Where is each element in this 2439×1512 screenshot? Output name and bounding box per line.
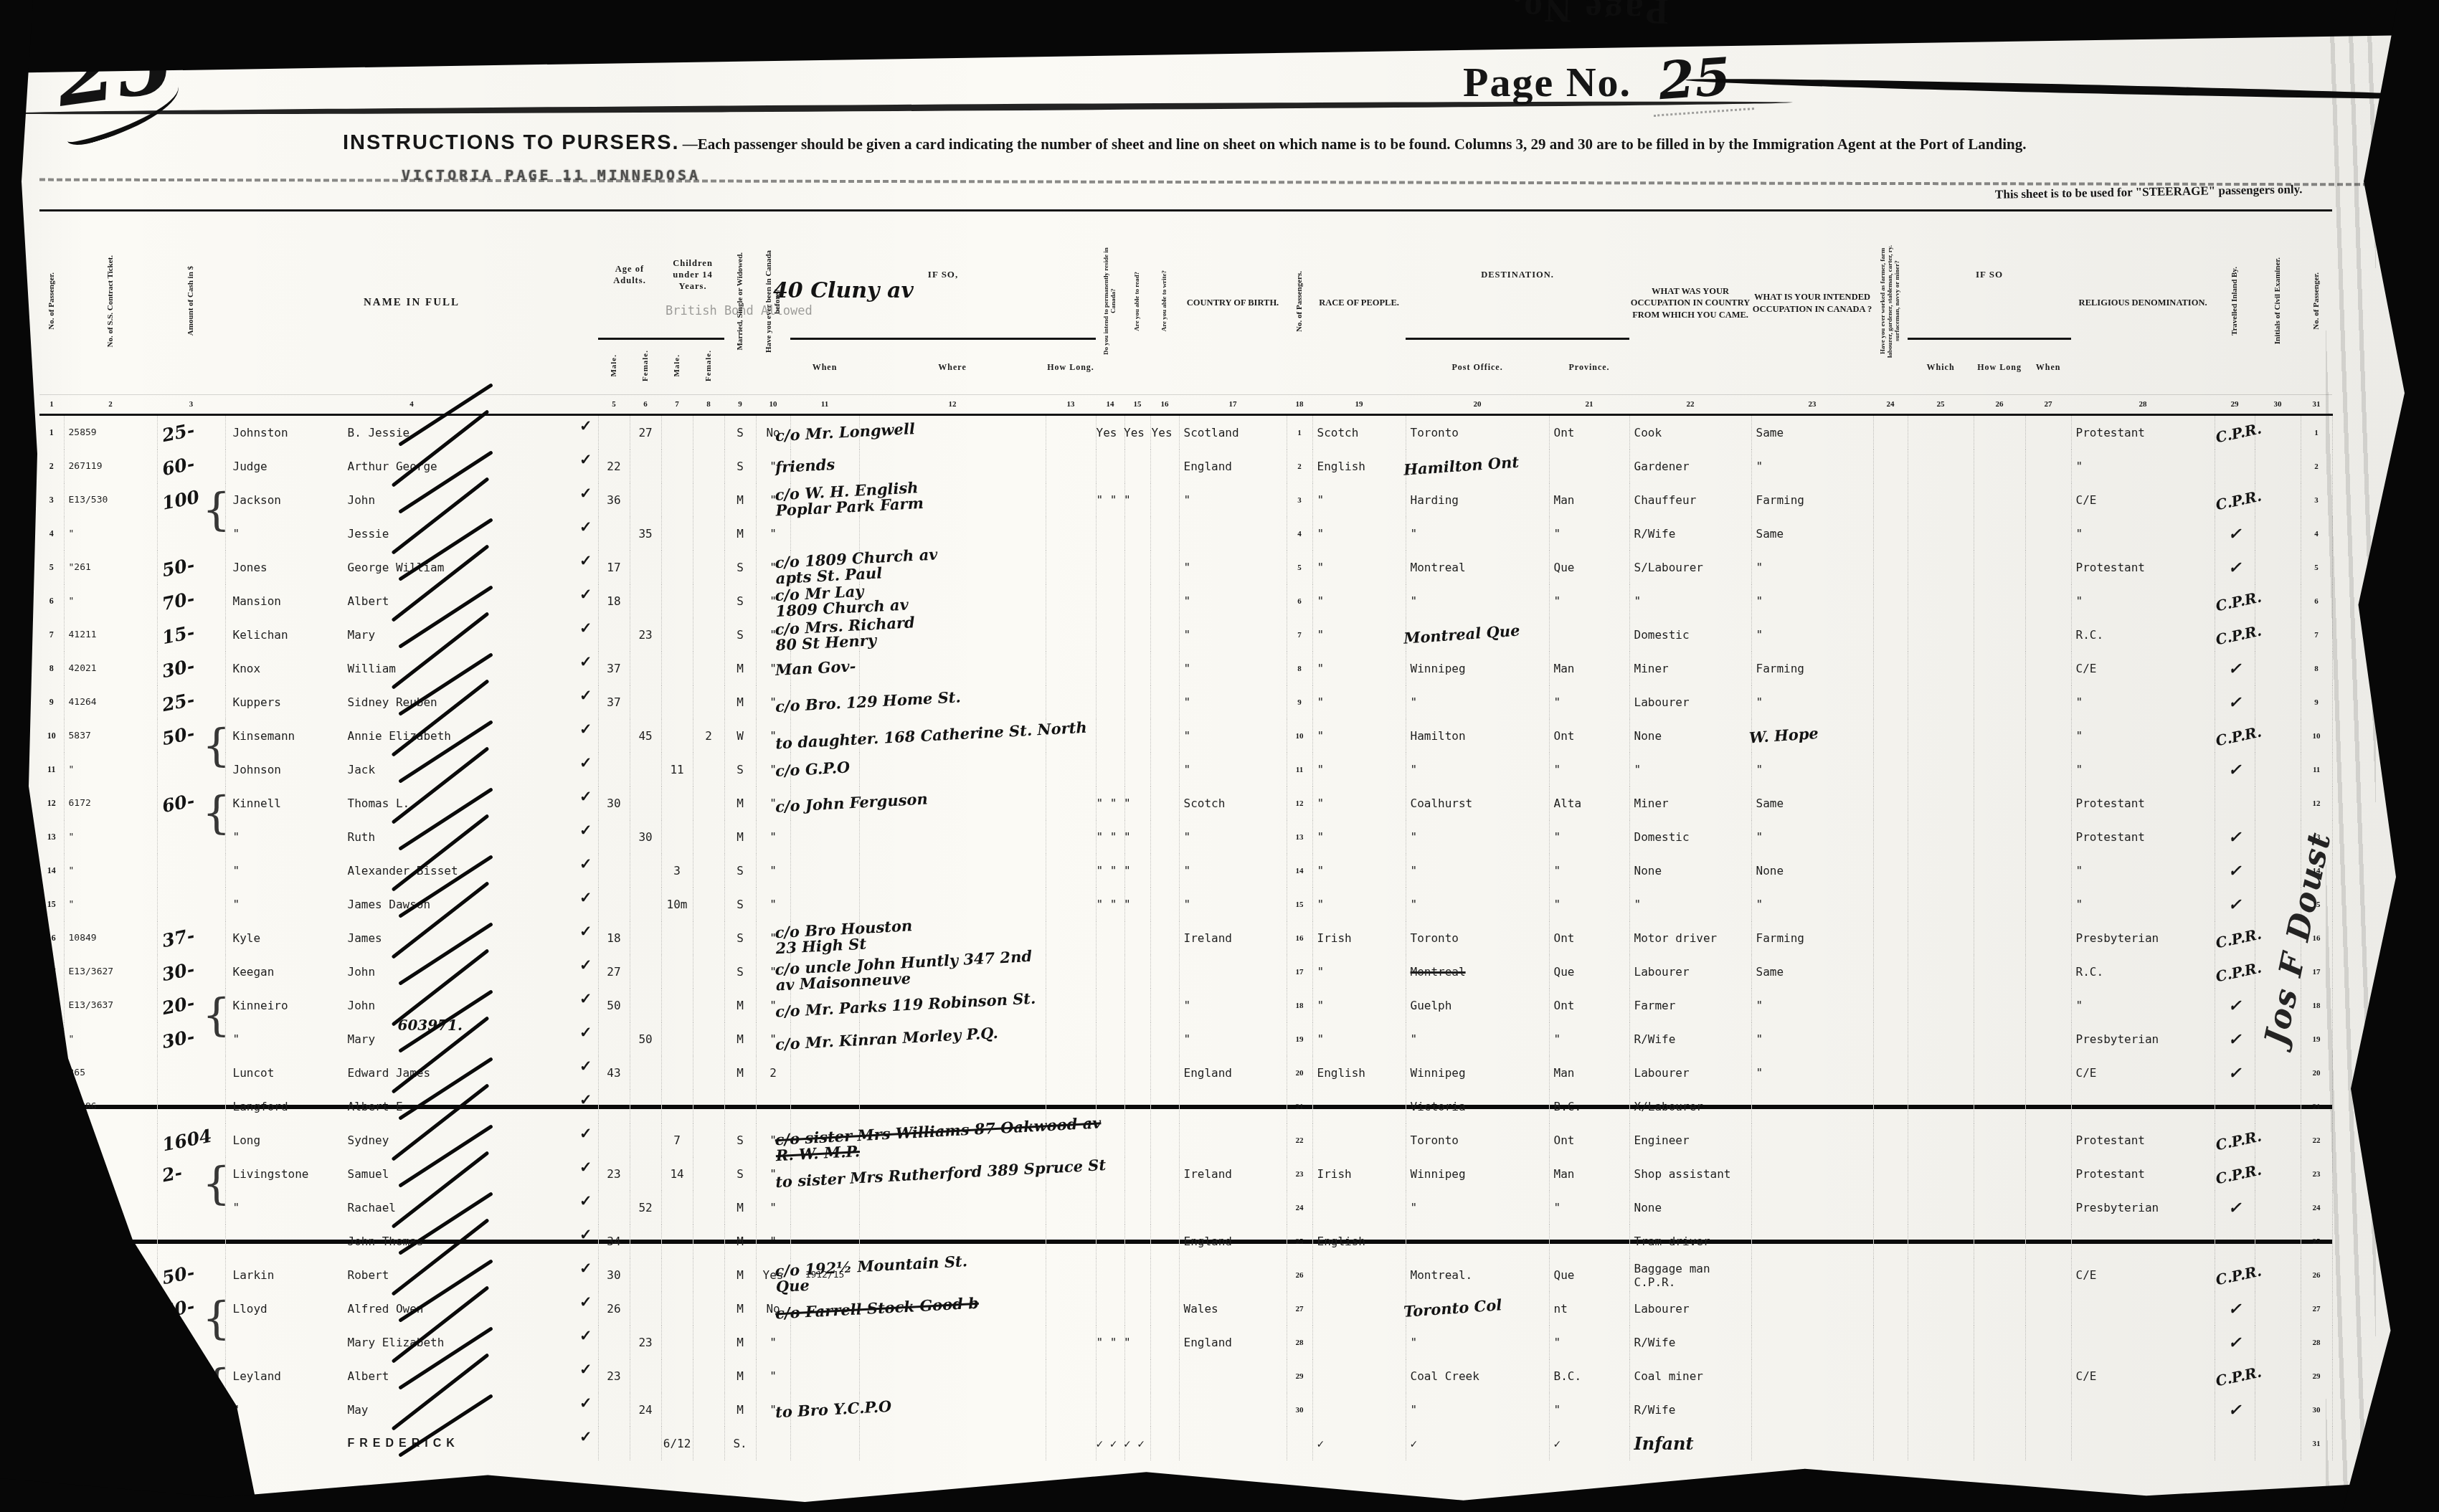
- cell-destination-province: B.C.: [1549, 1090, 1629, 1123]
- cell-passenger-count-no: 12: [1287, 786, 1312, 820]
- cell-cash: 100{: [157, 483, 225, 517]
- cell-cash: 60-{: [157, 786, 225, 820]
- cell-age-child-male: 14: [661, 1157, 693, 1191]
- cell-age-child-female: 2: [693, 719, 724, 753]
- cell-read-write: [1096, 1022, 1124, 1056]
- cell-age-child-female: [693, 1191, 724, 1225]
- cell-ticket-no: ": [64, 854, 157, 888]
- cell-destination-post-office: ": [1406, 685, 1549, 719]
- cell-country-of-birth: England: [1179, 1056, 1287, 1090]
- cell-name: KeeganJohn✓: [225, 955, 598, 989]
- cell-age-adult-male: 18: [598, 921, 630, 955]
- column-number: 25: [1908, 395, 1974, 415]
- cell-country-of-birth: [1179, 517, 1287, 551]
- cell-destination-province: Man: [1549, 1056, 1629, 1090]
- cell-age-child-female: [693, 685, 724, 719]
- cell-destination-province: Ont: [1549, 989, 1629, 1022]
- cell-intended-occupation: [1751, 1326, 1873, 1359]
- cell-age-child-female: [693, 1292, 724, 1326]
- cell-where: [859, 1326, 1046, 1359]
- cell-how-long-2: [1974, 921, 2025, 955]
- cell-name: KnoxWilliam✓: [225, 652, 598, 685]
- cell-read-write: " " ": [1096, 820, 1124, 854]
- cell-name: LloydAlfred Owen✓: [225, 1292, 598, 1326]
- cell-country-of-birth: [1179, 1359, 1287, 1393]
- cell-how-long: [1046, 685, 1096, 719]
- cell-intended-occupation: ": [1751, 820, 1873, 854]
- check-mark: ✓: [2228, 1030, 2241, 1048]
- cell-ticket-no: 5837: [64, 719, 157, 753]
- cell-passenger-count-no: 13: [1287, 820, 1312, 854]
- cell-race: ✓: [1312, 1427, 1406, 1460]
- cell-which: [1908, 1292, 1974, 1326]
- cell-marital-status: M: [724, 1022, 756, 1056]
- cell-cash: 30-: [157, 1022, 225, 1056]
- cell-age-child-male: [661, 786, 693, 820]
- passenger-row: FREDERICK✓6/12S.✓ ✓ ✓ ✓✓✓✓Infant31: [39, 1427, 2332, 1460]
- cell-age-adult-female: [630, 921, 661, 955]
- cell-how-long-2: [1974, 1292, 2025, 1326]
- header-country-of-birth: COUNTRY OF BIRTH.: [1179, 211, 1287, 395]
- cell-able-write: [1150, 584, 1179, 618]
- cell-destination-province: Que: [1549, 551, 1629, 584]
- cell-passenger-count-no: 27: [1287, 1292, 1312, 1326]
- cell-age-adult-male: 23: [598, 1157, 630, 1191]
- cell-able-write: [1150, 854, 1179, 888]
- cell-passenger-count-no: 24: [1287, 1191, 1312, 1225]
- cell-destination-post-office: Coalhurst: [1406, 786, 1549, 820]
- header-cash: Amount of Cash in $: [157, 211, 225, 395]
- cell-intended-occupation: ": [1751, 888, 1873, 921]
- torn-edge-top: [0, 0, 2439, 73]
- cell-name: John Thomas✓: [225, 1225, 598, 1258]
- cell-able-write: [1150, 415, 1179, 450]
- check-mark: ✓: [579, 956, 592, 974]
- cell-age-child-female: [693, 1056, 724, 1090]
- cell-able-read: [1124, 483, 1150, 517]
- cell-age-child-male: [661, 1022, 693, 1056]
- cell-travelled-inland: ✓: [2215, 1326, 2255, 1359]
- cell-read-write: [1096, 719, 1124, 753]
- cell-destination-post-office: Montreal: [1406, 551, 1549, 584]
- cell-country-of-birth: ": [1179, 820, 1287, 854]
- cell-farm-work: [1873, 955, 1908, 989]
- cell-marital-status: M: [724, 1393, 756, 1427]
- cell-examiner-initials: [2255, 1359, 2301, 1393]
- cell-read-write: [1096, 685, 1124, 719]
- check-mark: ✓: [2228, 761, 2241, 779]
- cell-age-child-female: [693, 450, 724, 483]
- cell-country-of-birth: [1179, 1123, 1287, 1157]
- column-number: 17: [1179, 395, 1287, 415]
- cell-canada-before: ": [756, 888, 790, 921]
- cell-religion: C/E: [2071, 1056, 2215, 1090]
- cell-able-read: [1124, 1056, 1150, 1090]
- cell-destination-post-office: Coal Creek: [1406, 1359, 1549, 1393]
- cell-age-adult-female: [630, 1258, 661, 1292]
- check-mark: ✓: [579, 721, 592, 738]
- cell-passenger-count-no: 11: [1287, 753, 1312, 786]
- check-mark: ✓: [579, 1327, 592, 1345]
- passenger-row: 17E13/362730-KeeganJohn✓27S"c/o uncle Jo…: [39, 955, 2332, 989]
- cell-when-2: [2025, 719, 2071, 753]
- cell-destination-post-office: ": [1406, 1191, 1549, 1225]
- check-mark: ✓: [579, 889, 592, 907]
- cell-name: LangfordAlbert E✓: [225, 1090, 598, 1123]
- cell-able-write: [1150, 1191, 1179, 1225]
- cell-marital-status: M: [724, 1326, 756, 1359]
- cell-read-write: " " ": [1096, 483, 1124, 517]
- cell-how-long: [1046, 786, 1096, 820]
- cell-passenger-count-no: 29: [1287, 1359, 1312, 1393]
- cell-destination-province: ": [1549, 517, 1629, 551]
- column-number: 19: [1312, 395, 1406, 415]
- cell-age-adult-female: [630, 483, 661, 517]
- column-number: 30: [2255, 395, 2301, 415]
- cell-able-write: [1150, 517, 1179, 551]
- cell-able-read: [1124, 1157, 1150, 1191]
- cell-able-read: [1124, 719, 1150, 753]
- cell-where: to sister Mrs Rutherford 389 Spruce St: [859, 1157, 1046, 1191]
- cell-age-child-male: [661, 1393, 693, 1427]
- cell-intended-occupation: ": [1751, 584, 1873, 618]
- cell-read-write: [1096, 450, 1124, 483]
- cell-cash: 70-: [157, 584, 225, 618]
- check-mark: ✓: [579, 586, 592, 604]
- cell-which: [1908, 1258, 1974, 1292]
- cell-age-adult-male: [598, 1191, 630, 1225]
- passenger-row: 161084937-KyleJames✓18S"c/o Bro Houston2…: [39, 921, 2332, 955]
- cell-age-child-male: [661, 1292, 693, 1326]
- cell-how-long-2: [1974, 551, 2025, 584]
- cell-read-write: [1096, 1258, 1124, 1292]
- cell-ticket-no: ": [64, 820, 157, 854]
- header-able-write: Are you able to write?: [1150, 211, 1179, 395]
- header-age-male: Male.: [598, 339, 630, 395]
- cell-destination-province: Ont: [1549, 1123, 1629, 1157]
- cell-passenger-count-no: 4: [1287, 517, 1312, 551]
- cell-able-read: [1124, 888, 1150, 921]
- passenger-row: 18E13/363720-{KinneiroJohn✓50M"c/o Mr. P…: [39, 989, 2332, 1022]
- cell-cash: [157, 888, 225, 921]
- header-name-in-full: NAME IN FULL: [225, 211, 598, 395]
- cell-examiner-initials: [2255, 1157, 2301, 1191]
- check-mark: ✓: [579, 1394, 592, 1412]
- cell-when-2: [2025, 1191, 2071, 1225]
- cell-destination-post-office: Victoria: [1406, 1090, 1549, 1123]
- cell-destination-post-office: ": [1406, 1393, 1549, 1427]
- cell-able-write: [1150, 1326, 1179, 1359]
- cell-where: c/o Mrs. Richard80 St Henry: [859, 618, 1046, 652]
- cell-age-adult-male: 22: [598, 450, 630, 483]
- cell-able-write: [1150, 1090, 1179, 1123]
- cell-destination-province: Man: [1549, 652, 1629, 685]
- cell-religion: ": [2071, 584, 2215, 618]
- check-mark: ✓: [2228, 1064, 2241, 1082]
- cell-age-child-male: 10m: [661, 888, 693, 921]
- cell-canada-before: [756, 1427, 790, 1460]
- cell-able-read: [1124, 1393, 1150, 1427]
- cell-country-of-birth: [1179, 955, 1287, 989]
- cell-previous-occupation: R/Wife: [1629, 1022, 1751, 1056]
- cell-cash: 50-: [157, 551, 225, 584]
- cell-age-child-female: [693, 955, 724, 989]
- column-number: 29: [2215, 395, 2255, 415]
- column-number: 22: [1629, 395, 1751, 415]
- cell-destination-province: Ont: [1549, 719, 1629, 753]
- cell-age-adult-female: [630, 685, 661, 719]
- cell-which: [1908, 1022, 1974, 1056]
- cell-age-adult-female: [630, 450, 661, 483]
- cell-religion: ": [2071, 989, 2215, 1022]
- cell-age-child-female: [693, 551, 724, 584]
- cell-how-long-2: [1974, 415, 2025, 450]
- cell-farm-work: [1873, 483, 1908, 517]
- instructions-body: —Each passenger should be given a card i…: [683, 135, 2027, 153]
- cell-race: ": [1312, 685, 1406, 719]
- cell-age-adult-male: 37: [598, 685, 630, 719]
- cell-destination-province: ": [1549, 753, 1629, 786]
- cell-age-child-male: [661, 517, 693, 551]
- passenger-row: 14""Alexander Bisset✓3S"" " ""14"""NoneN…: [39, 854, 2332, 888]
- cell-travelled-inland: C.P.R.: [2215, 1359, 2255, 1393]
- cell-where: [859, 517, 1046, 551]
- cell-destination-post-office: Toronto Col: [1406, 1292, 1549, 1326]
- cell-able-read: [1124, 854, 1150, 888]
- cell-which: [1908, 1359, 1974, 1393]
- cell-intended-occupation: ": [1751, 1056, 1873, 1090]
- cell-cash: [157, 1056, 225, 1090]
- cell-farm-work: [1873, 820, 1908, 854]
- check-mark: ✓: [2228, 1401, 2241, 1419]
- cell-farm-work: [1873, 1326, 1908, 1359]
- check-mark: ✓: [579, 788, 592, 806]
- cell-passenger-count-no: 23: [1287, 1157, 1312, 1191]
- cell-race: ": [1312, 854, 1406, 888]
- cell-religion: Presbyterian: [2071, 921, 2215, 955]
- cell-marital-status: S: [724, 584, 756, 618]
- cell-religion: ": [2071, 753, 2215, 786]
- cell-religion: Protestant: [2071, 1123, 2215, 1157]
- cell-where: [859, 1056, 1046, 1090]
- cell-race: ": [1312, 618, 1406, 652]
- cell-which: [1908, 1123, 1974, 1157]
- cell-when: [790, 1225, 859, 1258]
- cell-age-child-female: [693, 820, 724, 854]
- check-mark: ✓: [2228, 693, 2241, 711]
- cell-age-child-female: [693, 989, 724, 1022]
- cell-farm-work: [1873, 921, 1908, 955]
- cell-line-no: 10: [39, 719, 64, 753]
- passenger-row: "May✓24M"to Bro Y.C.P.O30""R/Wife✓30: [39, 1393, 2332, 1427]
- cell-destination-province: ": [1549, 685, 1629, 719]
- cell-which: [1908, 618, 1974, 652]
- cell-how-long: [1046, 1359, 1096, 1393]
- cell-age-adult-female: 27: [630, 415, 661, 450]
- cell-religion: C/E: [2071, 652, 2215, 685]
- cell-age-child-male: [661, 719, 693, 753]
- cell-read-write: [1096, 1292, 1124, 1326]
- cell-how-long-2: [1974, 1427, 2025, 1460]
- cell-religion: R.C.: [2071, 618, 2215, 652]
- cell-when: [790, 888, 859, 921]
- passenger-row: 8231604LongSydney✓7S"c/o sister Mrs Will…: [39, 1123, 2332, 1157]
- cell-age-adult-male: [598, 1427, 630, 1460]
- cell-able-read: [1124, 1225, 1150, 1258]
- cell-where: c/o 192½ Mountain St.Que: [859, 1258, 1046, 1292]
- cell-age-adult-female: [630, 753, 661, 786]
- check-mark: ✓: [579, 1159, 592, 1176]
- cell-farm-work: [1873, 517, 1908, 551]
- cell-religion: [2071, 1090, 2215, 1123]
- cell-examiner-initials: [2255, 753, 2301, 786]
- cell-previous-occupation: Labourer: [1629, 1056, 1751, 1090]
- cell-previous-occupation: Gardener: [1629, 450, 1751, 483]
- cell-which: [1908, 450, 1974, 483]
- cell-destination-post-office: Montreal.: [1406, 1258, 1549, 1292]
- cell-travelled-inland: [2215, 1090, 2255, 1123]
- cell-age-adult-female: 23: [630, 618, 661, 652]
- cell-which: [1908, 584, 1974, 618]
- cell-race: English: [1312, 1056, 1406, 1090]
- cell-age-adult-female: 45: [630, 719, 661, 753]
- cell-country-of-birth: [1179, 1258, 1287, 1292]
- cell-ticket-no: 6172: [64, 786, 157, 820]
- cell-where: c/o sister Mrs Williams 87 Oakwood avR. …: [859, 1123, 1046, 1157]
- cell-examiner-initials: [2255, 1090, 2301, 1123]
- ship-stamp: VICTORIA PAGE 11 MINNEDOSA: [402, 166, 701, 184]
- header-how-long-2: How Long: [1974, 339, 2025, 395]
- cell-previous-occupation: Tram driver: [1629, 1225, 1751, 1258]
- header-which: Which: [1908, 339, 1974, 395]
- column-number: 15: [1124, 395, 1150, 415]
- cell-farm-work: [1873, 1258, 1908, 1292]
- cell-when-2: [2025, 1056, 2071, 1090]
- cell-how-long: [1046, 584, 1096, 618]
- cell-how-long: [1046, 854, 1096, 888]
- cell-how-long: [1046, 921, 1096, 955]
- cell-age-adult-male: 27: [598, 955, 630, 989]
- header-age-female: Female.: [630, 339, 661, 395]
- cell-able-write: [1150, 685, 1179, 719]
- cell-able-write: [1150, 1123, 1179, 1157]
- cell-travelled-inland: C.P.R.: [2215, 1157, 2255, 1191]
- cell-marital-status: S: [724, 1123, 756, 1157]
- cell-examiner-initials: [2255, 1393, 2301, 1427]
- cell-race: ": [1312, 820, 1406, 854]
- cell-cash: 15-: [157, 618, 225, 652]
- cell-age-adult-female: 23: [630, 1326, 661, 1359]
- cell-cash: 30-: [157, 955, 225, 989]
- passenger-row: John Thomas✓34M"England25EnglishTram dri…: [39, 1225, 2332, 1258]
- cell-ticket-no: 10849: [64, 921, 157, 955]
- passenger-row: 5"26150-JonesGeorge William✓17S"c/o 1809…: [39, 551, 2332, 584]
- cell-name: JohnsonJack✓: [225, 753, 598, 786]
- check-mark: ✓: [579, 1192, 592, 1210]
- cell-how-long-2: [1974, 989, 2025, 1022]
- cell-line-no: 7: [39, 618, 64, 652]
- cell-marital-status: S: [724, 1157, 756, 1191]
- cell-travelled-inland: C.P.R.: [2215, 1258, 2255, 1292]
- cell-when-2: [2025, 1427, 2071, 1460]
- cell-how-long-2: [1974, 1090, 2025, 1123]
- cell-previous-occupation: Motor driver: [1629, 921, 1751, 955]
- cell-intended-occupation: Same: [1751, 415, 1873, 450]
- cell-when-2: [2025, 415, 2071, 450]
- cell-when-2: [2025, 989, 2071, 1022]
- check-mark: ✓: [579, 923, 592, 941]
- cell-where: friends: [859, 450, 1046, 483]
- cell-read-write: [1096, 989, 1124, 1022]
- cell-race: ": [1312, 753, 1406, 786]
- cell-race: Irish: [1312, 921, 1406, 955]
- cell-age-adult-male: [598, 820, 630, 854]
- cell-read-write: ✓ ✓ ✓ ✓: [1096, 1427, 1124, 1460]
- cell-country-of-birth: [1179, 1427, 1287, 1460]
- cell-travelled-inland: ✓: [2215, 517, 2255, 551]
- cell-where: c/o W. H. EnglishPoplar Park Farm: [859, 483, 1046, 517]
- cell-name: "Ruth✓: [225, 820, 598, 854]
- cell-religion: ": [2071, 685, 2215, 719]
- cell-previous-occupation: Domestic: [1629, 618, 1751, 652]
- cell-destination-post-office: ": [1406, 1326, 1549, 1359]
- cell-when: [790, 1056, 859, 1090]
- cell-examiner-initials: [2255, 652, 2301, 685]
- address-note: 40 Cluny av: [773, 278, 914, 303]
- cell-line-no: 14: [39, 854, 64, 888]
- cell-when-2: [2025, 820, 2071, 854]
- cell-examiner-initials: [2255, 551, 2301, 584]
- cell-cash: [157, 753, 225, 786]
- cell-race: ": [1312, 584, 1406, 618]
- cell-country-of-birth: ": [1179, 888, 1287, 921]
- cell-age-adult-male: 50: [598, 989, 630, 1022]
- passenger-row: 11"JohnsonJack✓11S"c/o G.P.O"11""""""✓11: [39, 753, 2332, 786]
- column-number: 3: [157, 395, 225, 415]
- cell-religion: [2071, 1292, 2215, 1326]
- cell-travelled-inland: [2215, 786, 2255, 820]
- cell-name: "Mary603971.✓: [225, 1022, 598, 1056]
- column-number: 1: [39, 395, 64, 415]
- cell-where: c/o Mr. Longwell: [859, 415, 1046, 450]
- header-race-of-people: RACE OF PEOPLE.: [1312, 211, 1406, 395]
- check-mark: ✓: [579, 855, 592, 873]
- cell-religion: Protestant: [2071, 786, 2215, 820]
- header-post-office: Post Office.: [1406, 339, 1549, 395]
- cell-farm-work: [1873, 786, 1908, 820]
- column-number: 9: [724, 395, 756, 415]
- cell-ticket-no: 42021: [64, 652, 157, 685]
- cell-country-of-birth: England: [1179, 450, 1287, 483]
- cell-examiner-initials: [2255, 685, 2301, 719]
- cell-destination-post-office: Harding: [1406, 483, 1549, 517]
- passenger-row: 15""James Dawson✓10mS"" " ""15""""""✓15: [39, 888, 2332, 921]
- cell-intended-occupation: [1751, 1359, 1873, 1393]
- cell-travelled-inland: [2215, 1225, 2255, 1258]
- header-intend-reside: Do you intend to permanently reside in C…: [1096, 211, 1124, 395]
- cell-when-2: [2025, 1359, 2071, 1393]
- cell-race: [1312, 1191, 1406, 1225]
- cell-farm-work: [1873, 1191, 1908, 1225]
- cell-intended-occupation: None: [1751, 854, 1873, 888]
- cell-read-write: [1096, 1123, 1124, 1157]
- cell-name: FREDERICK✓: [225, 1427, 598, 1460]
- cell-intended-occupation: Same: [1751, 955, 1873, 989]
- cell-religion: C/E: [2071, 483, 2215, 517]
- cell-name: JudgeArthur George✓: [225, 450, 598, 483]
- check-mark: ✓: [2228, 895, 2241, 913]
- cell-how-long-2: [1974, 685, 2025, 719]
